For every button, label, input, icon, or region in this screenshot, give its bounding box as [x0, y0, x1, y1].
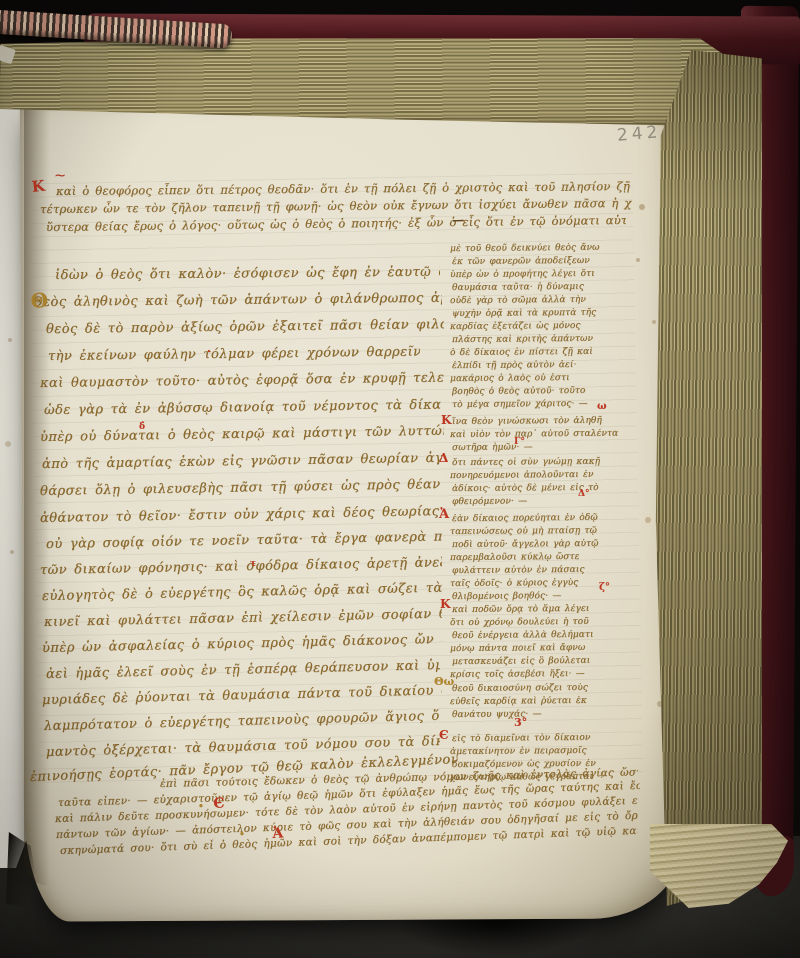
text-line-main-block: τῶν δικαίων φρόνησις· καὶ σφόδρα δίκαιος… — [40, 555, 442, 580]
text-line-side-column: ἵνα θεὸν γινώσκωσι τὸν ἀληθῆ — [452, 415, 628, 429]
text-line-main-block: Θεὸς ἀληθινὸς καὶ ζωὴ τῶν ἁπάντων ὁ φιλά… — [32, 291, 442, 313]
rubric-mark: ζ° — [599, 583, 610, 593]
text-line-side-column: ὅτι οὐ χρόνῳ δουλεύει ἡ τοῦ — [450, 616, 628, 630]
text-line-side-column: ἐλπίδι τῇ πρὸς αὐτὸν ἀεί· — [452, 359, 628, 373]
text-line-main-block: θάρσει ὅλῃ ὁ φιλευσεβὴς πᾶσι τῇ φύσει ὡς… — [40, 477, 442, 502]
text-line-main-block: ὑπὲρ ὧν ἀσφαλείας ὁ κύριος πρὸς ἡμᾶς διά… — [42, 632, 442, 659]
text-line-side-column: εἰς τὸ διαμεῖναι τὸν δίκαιον — [452, 732, 628, 746]
rubric-mark: Κ — [31, 179, 46, 195]
text-line-side-column: θλιβομένοις βοηθός· — — [452, 591, 597, 604]
text-line-side-column: τὸ μέγα σημεῖον χάριτος· — — [452, 399, 602, 412]
rubric-mark: • — [239, 831, 245, 840]
text-line-side-column: ποδὶ αὐτοῦ· ἄγγελοι γὰρ αὐτῷ — [452, 538, 628, 552]
text-line-side-column: ὁ δὲ δίκαιος ἐν πίστει ζῇ καὶ — [450, 346, 628, 360]
manuscript-photograph: καὶ ὁ θεοφόρος εἶπεν ὅτι πέτρος θεοδᾶν· … — [0, 0, 800, 958]
text-line-side-column: ὅτι πάντες οἱ σὺν γνώμῃ κακῇ — [452, 456, 628, 470]
text-line-main-block: λαμπρότατον ὁ εὐεργέτης ταπεινοὺς φρουρῶ… — [44, 709, 440, 737]
text-line-side-column: κρίσις τοῖς ἀσεβέσι ἥξει· — — [450, 668, 628, 682]
text-line-side-column: σωτῆρα ἡμῶν· — — [452, 442, 562, 455]
text-line-side-column: ἐκ τῶν φανερῶν ἀποδείξεων — [452, 255, 628, 269]
rubric-mark: δ̓ — [139, 423, 145, 432]
rubric-mark: Γ° — [514, 438, 525, 447]
text-line-side-column: οὐδὲ γὰρ τὸ σῶμα ἀλλὰ τὴν — [450, 294, 628, 308]
text-line-main-block: ἀεὶ ἡμᾶς ἐλεεῖ σοὺς ἐν τῇ ἑσπέρᾳ θεράπευ… — [46, 658, 440, 684]
folio-number: 242 — [616, 122, 662, 146]
text-line-side-column: μόνῳ πάντα ποιεῖ καὶ ἄφνω — [450, 642, 628, 656]
rubric-mark: Θω — [434, 676, 454, 687]
text-line-side-column: θεοῦ ἐνέργεια ἀλλὰ θελήματι — [452, 629, 628, 643]
text-line-side-column: ἐὰν δίκαιος πορεύηται ἐν ὁδῷ — [452, 512, 628, 526]
text-line-main-block: καὶ θαυμαστὸν τοῦτο· αὐτὸς ἐφορᾷ ὅσα ἐν … — [40, 370, 444, 393]
handwritten-text-layer: καὶ ὁ θεοφόρος εἶπεν ὅτι πέτρος θεοδᾶν· … — [0, 0, 800, 958]
text-line-main-block: ὧδε γὰρ τὰ ἐν ἀβύσσῳ διανοίᾳ τοῦ νέμοντο… — [44, 397, 442, 420]
text-line-side-column: φυλάττειν αὐτὸν ἐν πάσαις — [452, 564, 628, 578]
rubric-mark: — — [452, 214, 464, 226]
text-line-main-block: οὐ γὰρ σοφίᾳ οἷόν τε νοεῖν ταῦτα· τὰ ἔργ… — [46, 529, 442, 554]
text-line-main-block: ἀπὸ τῆς ἁμαρτίας ἑκὼν εἰς γνῶσιν πᾶσαν θ… — [42, 451, 442, 475]
rubric-mark: Ἀ — [272, 826, 284, 841]
rubric-mark: τ — [250, 560, 256, 569]
rubric-mark: 3° — [514, 717, 527, 728]
text-line-side-column: καρδίας ἐξετάζει ὡς μόνος — [450, 320, 628, 334]
rubric-mark: · — [207, 346, 211, 357]
text-line-side-column: ταπεινώσεως οὐ μὴ πταίσῃ τῷ — [450, 525, 628, 539]
rubric-mark: ⁓ — [55, 172, 65, 182]
text-line-side-column: μακάριος ὁ λαὸς οὗ ἐστι — [450, 372, 628, 386]
text-line-main-block: μυριάδες δὲ ῥύονται τὰ θαυμάσια πάντα το… — [42, 683, 442, 710]
text-line-side-column: πονηρευόμενοι ἀπολοῦνται ἐν — [450, 469, 628, 483]
text-line-main-block: θεὸς δὲ τὸ παρὸν ἀξίως ὁρῶν ἐξαιτεῖ πᾶσι… — [46, 317, 444, 339]
text-line-side-column: ἀμετακίνητον ἐν πειρασμοῖς — [450, 745, 628, 759]
text-line-side-column: μὲ τοῦ θεοῦ δεικνύει θεὸς ἄνω — [450, 242, 628, 256]
rubric-mark: Є — [213, 796, 225, 811]
rubric-mark: Є — [439, 729, 449, 741]
text-line-side-column: ὑπὲρ ὧν ὁ προφήτης λέγει ὅτι — [450, 268, 628, 282]
text-line-side-column: θαυμάσια ταῦτα· ἡ δύναμις — [452, 281, 628, 295]
rubric-mark: ω — [597, 402, 607, 412]
text-line-main-block: ὑπὲρ οὗ δύναται ὁ θεὸς καιρῷ καὶ μάστιγι… — [40, 424, 444, 448]
text-line-main-block: ἀθάνατον τὸ θεῖον· ἔστιν οὖν χάρις καὶ δ… — [40, 504, 444, 529]
text-line-main-block: τὴν ἐκείνων φαύλην τόλμαν φέρει χρόνων θ… — [48, 344, 420, 366]
rubric-mark: Κ — [441, 414, 451, 426]
text-line-side-column: ἀδίκοις· αὐτὸς δὲ μένει εἰς τὸ — [452, 482, 628, 496]
text-line-side-column: φθειρόμενον· — — [452, 496, 572, 509]
text-line-side-column: μετασκευάζει εἰς ὃ βούλεται — [452, 655, 628, 669]
rubric-mark: Δ — [439, 452, 448, 464]
text-line-main-block: εὐλογητὸς δὲ ὁ εὐεργέτης ὃς καλῶς ὁρᾷ κα… — [42, 581, 442, 607]
text-line-main-block: ἰδὼν ὁ θεὸς ὅτι καλὸν· ἐσόφισεν ὡς ἔφη ἐ… — [55, 265, 440, 286]
text-line-side-column: βοηθὸς ὁ θεὸς αὐτοῦ· τοῦτο — [452, 385, 628, 399]
text-line-side-column: εὐθεῖς καρδίᾳ καὶ ῥύεται ἐκ — [450, 695, 628, 709]
text-line-side-column: παρεμβαλοῦσι κύκλῳ ὥστε — [450, 551, 628, 565]
rubric-mark: Δ° — [578, 490, 589, 499]
text-line-side-column: καὶ υἱὸν τὸν παρ᾽ αὐτοῦ σταλέντα — [450, 428, 628, 442]
text-line-side-column: ψυχὴν ὁρᾷ καὶ τὰ κρυπτὰ τῆς — [452, 307, 628, 321]
rubric-mark: Ἀ — [439, 508, 449, 521]
text-line-main-block: κινεῖ καὶ φυλάττει πᾶσαν ἐπὶ χείλεσιν ἐμ… — [44, 607, 442, 633]
rubric-mark: Κ — [440, 598, 450, 610]
rubric-mark: • — [198, 803, 204, 812]
text-line-side-column: καὶ ποδῶν ὅρᾳ τὸ ἅμα λέγει — [452, 603, 628, 617]
text-line-side-column: θεοῦ δικαιοσύνη σώζει τοὺς — [452, 682, 628, 696]
text-line-side-column: πλάστης καὶ κριτὴς ἁπάντων — [452, 333, 628, 347]
rubric-mark: Θ — [30, 290, 49, 311]
